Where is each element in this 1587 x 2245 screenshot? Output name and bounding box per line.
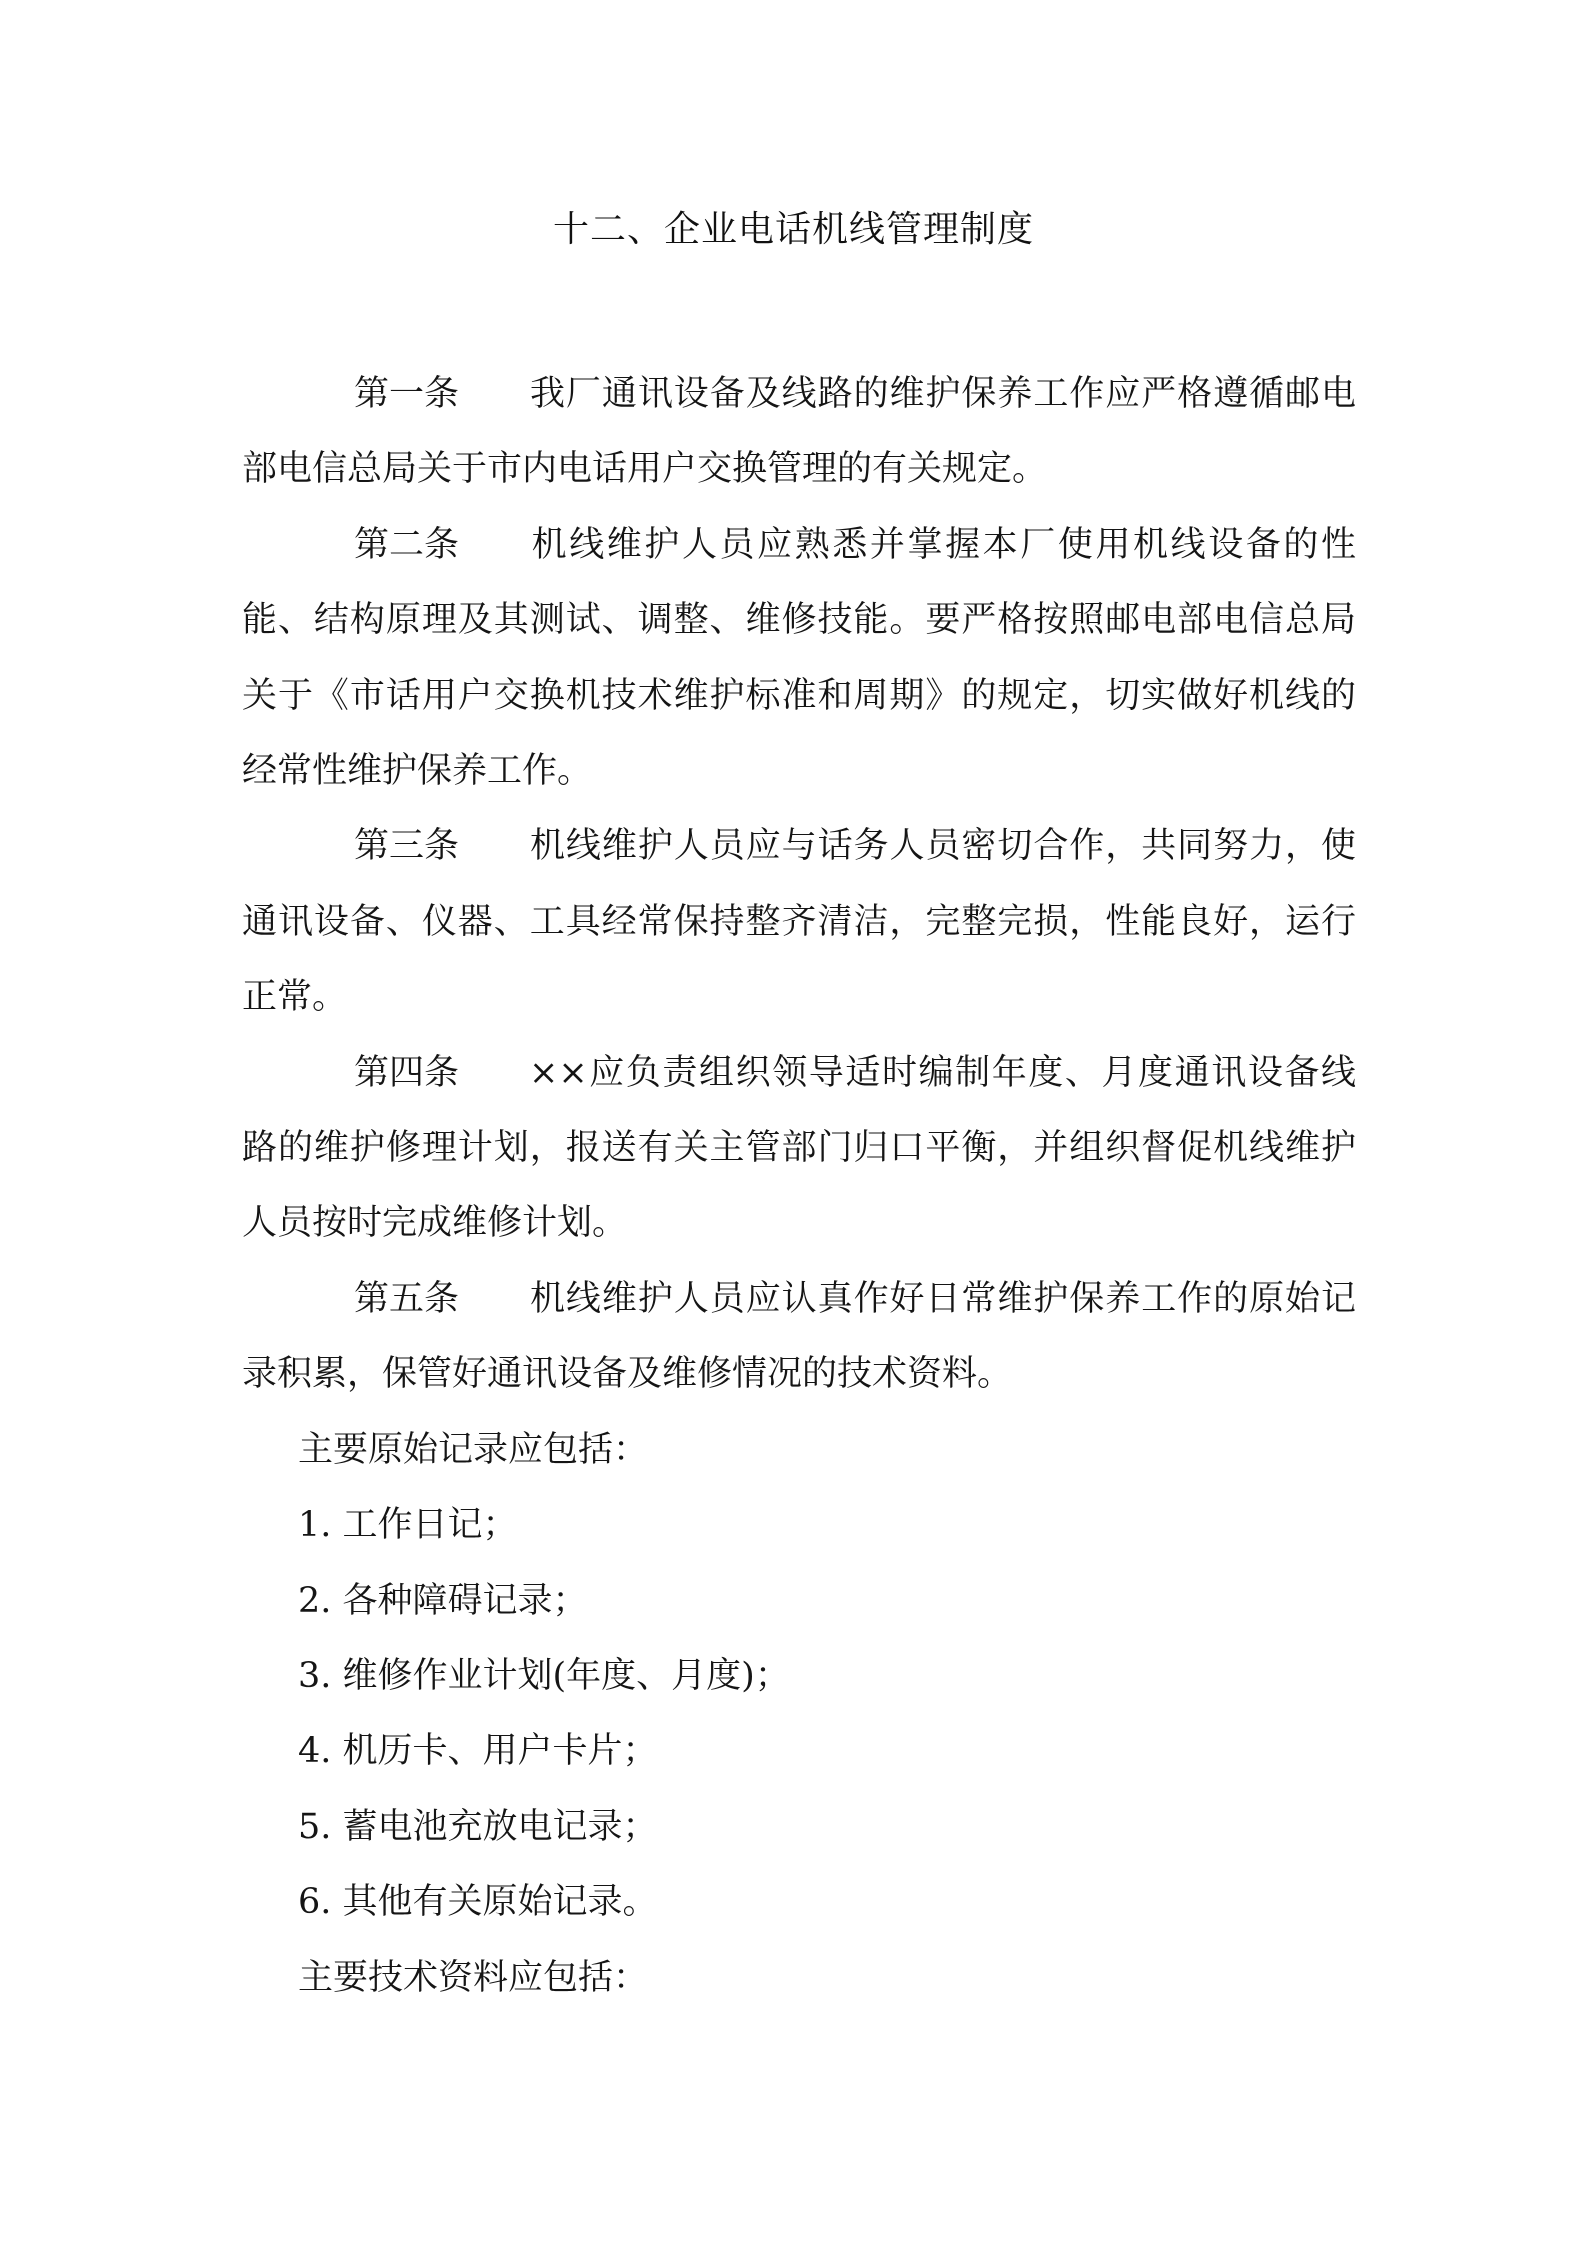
records-heading: 主要原始记录应包括： xyxy=(242,1413,1356,1488)
article-number: 第四条 xyxy=(298,1036,459,1111)
record-item: 3. 维修作业计划(年度、月度)； xyxy=(242,1639,1356,1714)
document-body: 第一条我厂通讯设备及线路的维护保养工作应严格遵循邮电部电信总局关于市内电话用户交… xyxy=(242,357,1356,2016)
article-4: 第四条××应负责组织领导适时编制年度、月度通讯设备线路的维护修理计划，报送有关主… xyxy=(242,1036,1356,1262)
article-number: 第二条 xyxy=(298,508,459,583)
record-item: 5. 蓄电池充放电记录； xyxy=(242,1790,1356,1865)
record-item: 6. 其他有关原始记录。 xyxy=(242,1865,1356,1940)
record-item: 2. 各种障碍记录； xyxy=(242,1564,1356,1639)
article-2: 第二条机线维护人员应熟悉并掌握本厂使用机线设备的性能、结构原理及其测试、调整、维… xyxy=(242,508,1356,810)
article-number: 第三条 xyxy=(298,809,459,884)
record-item: 1. 工作日记； xyxy=(242,1488,1356,1563)
article-number: 第一条 xyxy=(298,357,459,432)
record-item: 4. 机历卡、用户卡片； xyxy=(242,1714,1356,1789)
article-5: 第五条机线维护人员应认真作好日常维护保养工作的原始记录积累，保管好通讯设备及维修… xyxy=(242,1262,1356,1413)
document-title: 十二、企业电话机线管理制度 xyxy=(0,205,1587,255)
article-1: 第一条我厂通讯设备及线路的维护保养工作应严格遵循邮电部电信总局关于市内电话用户交… xyxy=(242,357,1356,508)
article-number: 第五条 xyxy=(298,1262,459,1337)
tech-materials-heading: 主要技术资料应包括： xyxy=(242,1941,1356,2016)
document-page: 十二、企业电话机线管理制度 第一条我厂通讯设备及线路的维护保养工作应严格遵循邮电… xyxy=(0,0,1587,2245)
article-3: 第三条机线维护人员应与话务人员密切合作，共同努力，使通讯设备、仪器、工具经常保持… xyxy=(242,809,1356,1035)
